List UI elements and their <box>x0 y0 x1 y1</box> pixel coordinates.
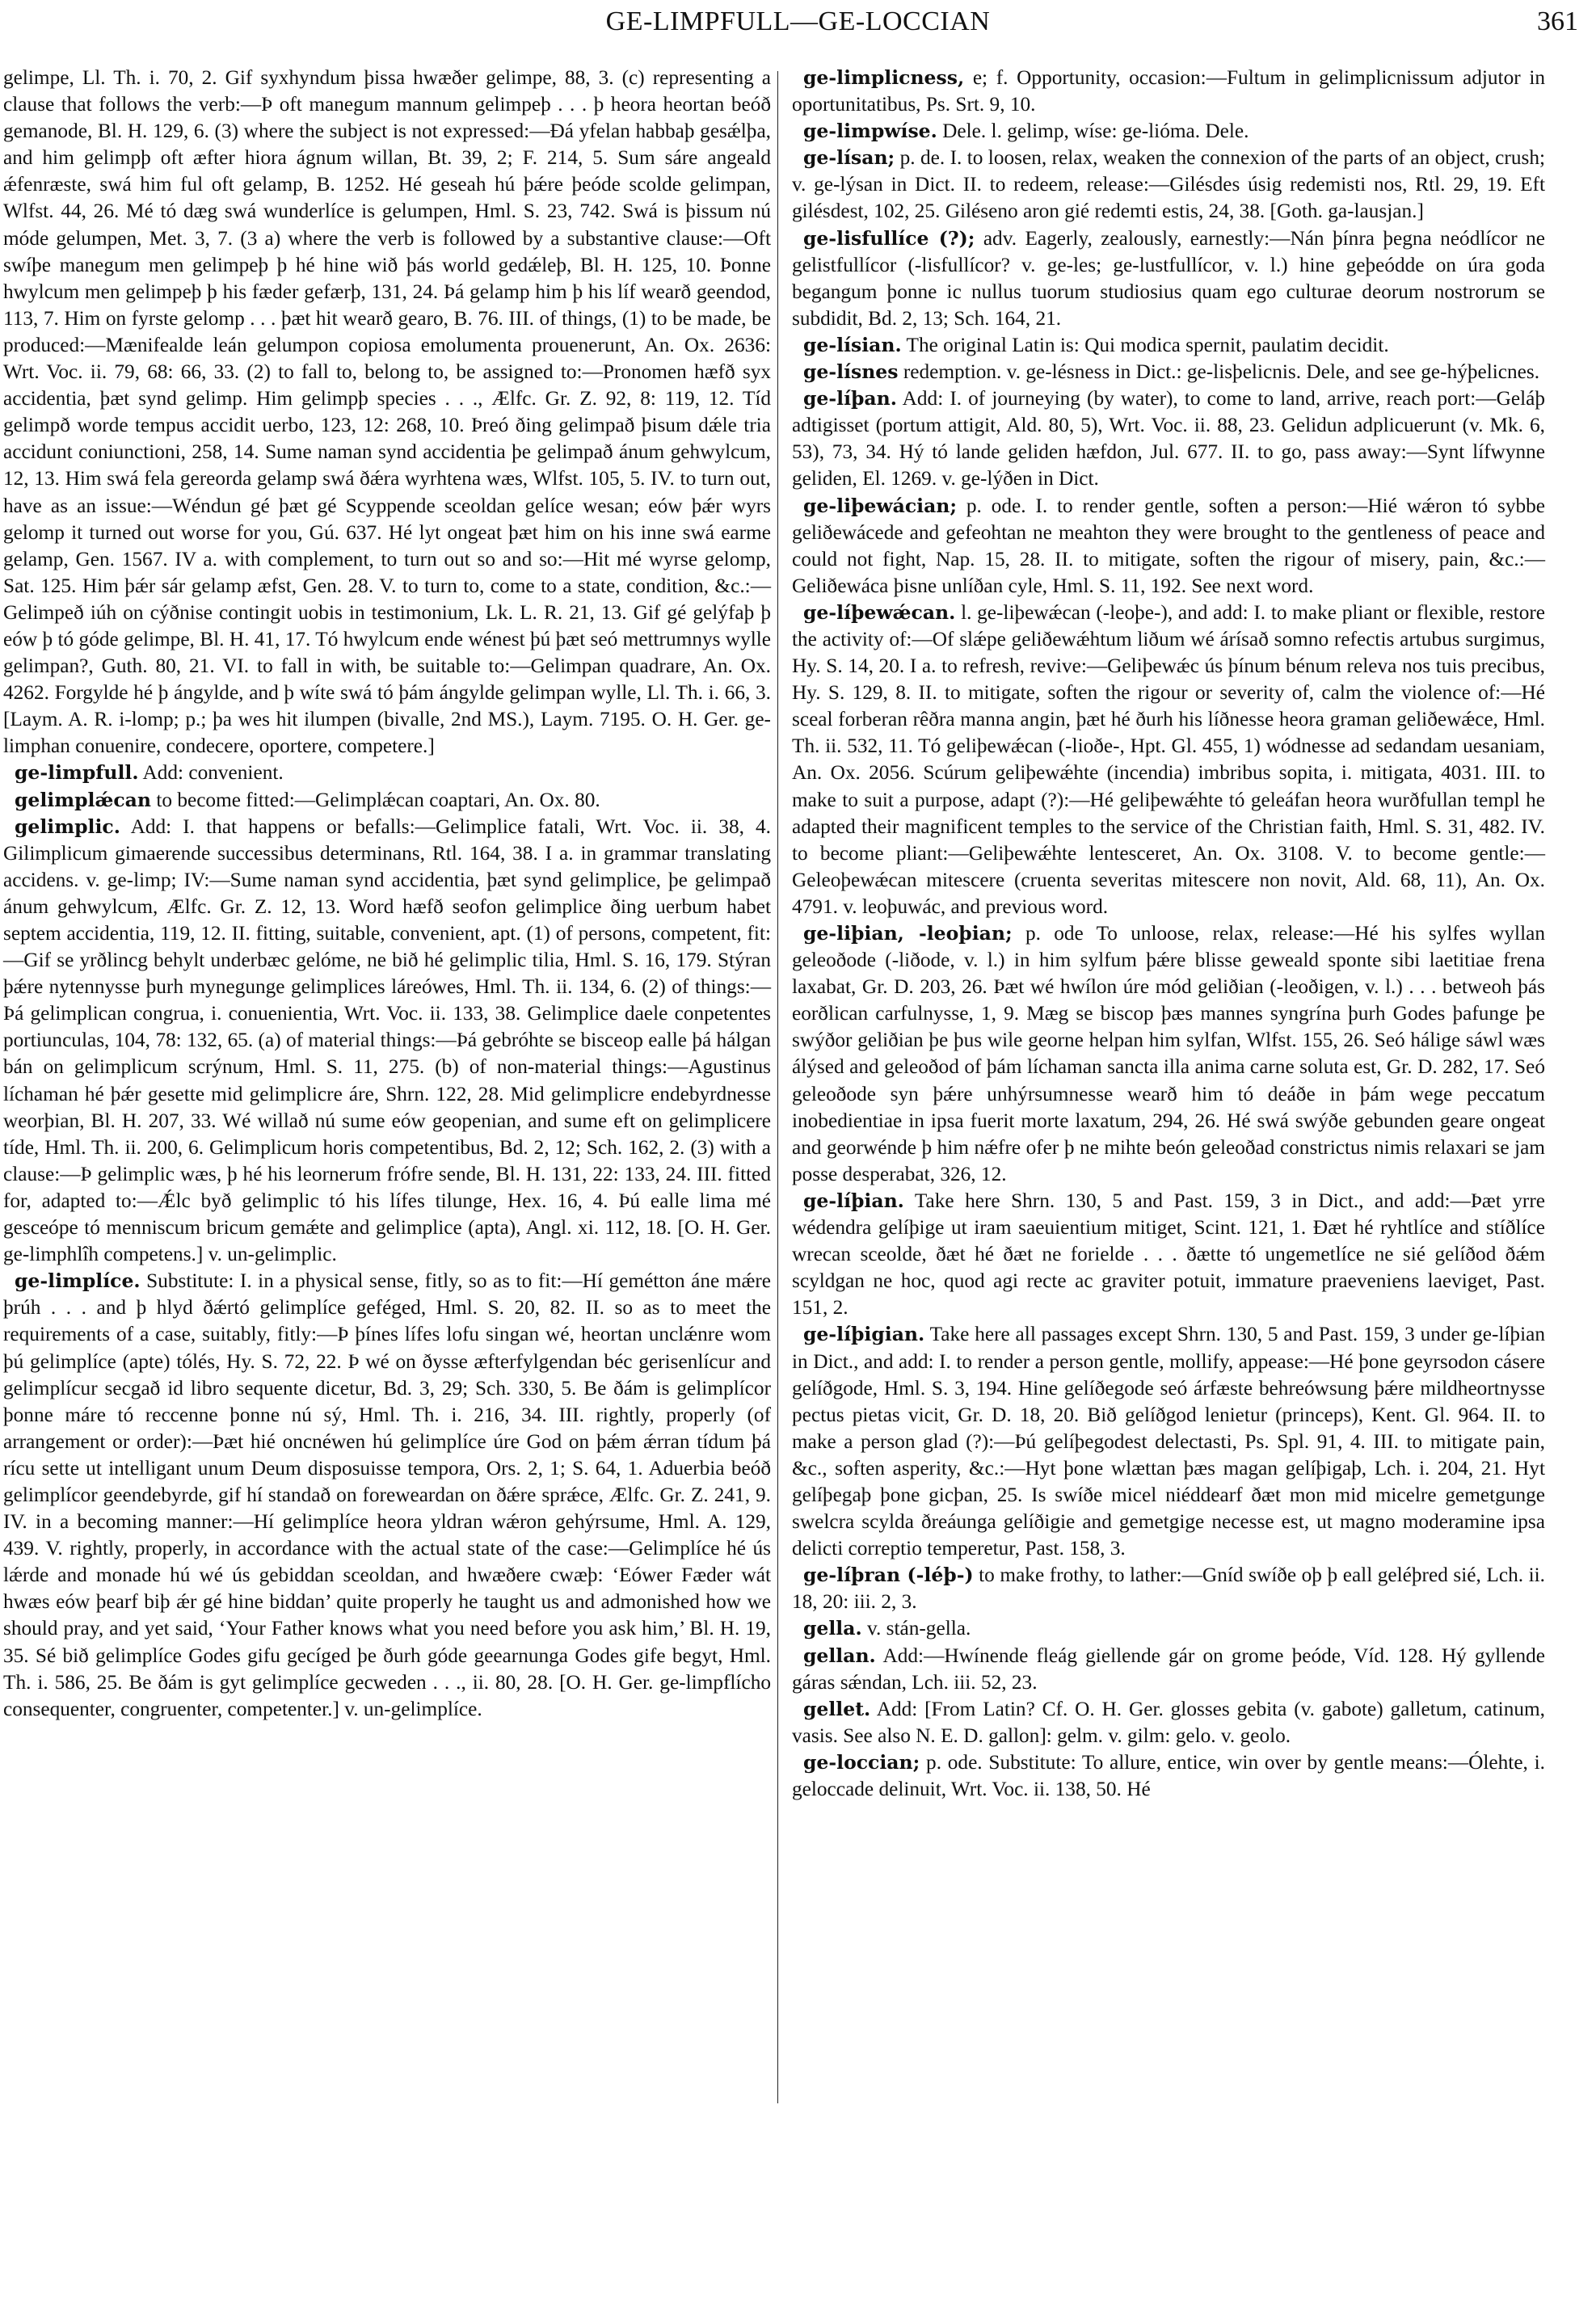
entry-text: Add:—Hwínende fleág giellende gár on gro… <box>792 1644 1545 1694</box>
entry-text: Dele. l. gelimp, wíse: ge-lióma. Dele. <box>942 120 1249 142</box>
headword: gellet. <box>803 1698 870 1720</box>
headword: ge-lisfullíce (?); <box>803 227 975 250</box>
headword: ge-líþran (-léþ-) <box>803 1564 974 1586</box>
headword: ge-lísnes <box>803 360 899 383</box>
headword: gelimplǽcan <box>15 789 151 811</box>
entry-gella: gella. v. stán-gella. <box>792 1615 1545 1642</box>
entry-text: The original Latin is: Qui modica sperni… <box>907 334 1389 356</box>
right-column: ge-limplicness, e; f. Opportunity, occas… <box>792 65 1545 1803</box>
running-title: GE-LIMPFULL—GE-LOCCIAN <box>0 6 1596 37</box>
entry-ge-lipian-2: ge-líþian. Take here Shrn. 130, 5 and Pa… <box>792 1188 1545 1321</box>
headword: ge-limpwíse. <box>803 120 937 142</box>
headword: gella. <box>803 1617 862 1640</box>
headword: ge-líþan. <box>803 387 897 410</box>
entry-text: p. ode To unloose, relax, release:—Hé hi… <box>792 922 1545 1185</box>
headword: ge-líþigian. <box>803 1323 924 1345</box>
entry-text: Substitute: I. in a physical sense, fitl… <box>3 1269 771 1720</box>
entry-ge-lipan: ge-líþan. Add: I. of journeying (by wate… <box>792 385 1545 492</box>
entry-ge-limpfull: ge-limpfull. Add: convenient. <box>3 760 771 786</box>
headword: ge-líþian. <box>803 1189 904 1212</box>
headword: ge-loccian; <box>803 1751 920 1774</box>
running-head: GE-LIMPFULL—GE-LOCCIAN 361 <box>0 0 1596 57</box>
headword: ge-limpfull. <box>15 761 139 784</box>
entry-gelimplaecan: gelimplǽcan to become fitted:—Gelimplǽca… <box>3 787 771 814</box>
entry-ge-limplicness: ge-limplicness, e; f. Opportunity, occas… <box>792 65 1545 118</box>
entry-ge-lipewacian: ge-liþewácian; p. ode. I. to render gent… <box>792 493 1545 600</box>
entry-gellan: gellan. Add:—Hwínende fleág giellende gá… <box>792 1643 1545 1696</box>
entry-text: Add: I. of journeying (by water), to com… <box>792 387 1545 490</box>
entry-text: Add: [From Latin? Cf. O. H. Ger. glosses… <box>792 1698 1545 1747</box>
entry-continuation: gelimpe, Ll. Th. i. 70, 2. Gif syxhyndum… <box>3 65 771 760</box>
entry-ge-lisian: ge-lísian. The original Latin is: Qui mo… <box>792 332 1545 359</box>
column-divider <box>777 71 778 2103</box>
entry-text: gelimpe, Ll. Th. i. 70, 2. Gif syxhyndum… <box>3 66 771 757</box>
entry-ge-lipran: ge-líþran (-léþ-) to make frothy, to lat… <box>792 1562 1545 1615</box>
entry-ge-lisnes: ge-lísnes redemption. v. ge-lésness in D… <box>792 359 1545 385</box>
entry-ge-lisfullice: ge-lisfullíce (?); adv. Eagerly, zealous… <box>792 225 1545 332</box>
headword: ge-lísan; <box>803 146 895 169</box>
headword: ge-limplicness, <box>803 66 964 89</box>
entry-text: v. stán-gella. <box>867 1617 971 1640</box>
entry-text: l. ge-liþewǽcan (-leoþe-), and add: I. t… <box>792 601 1545 918</box>
headword: gelimplic. <box>15 815 120 838</box>
entry-ge-loccian: ge-loccian; p. ode. Substitute: To allur… <box>792 1749 1545 1803</box>
entry-text: to become fitted:—Gelimplǽcan coaptari, … <box>156 789 600 811</box>
headword: ge-liþian, -leoþian; <box>803 922 1013 945</box>
entry-gellet: gellet. Add: [From Latin? Cf. O. H. Ger.… <box>792 1696 1545 1749</box>
entry-text: Take here all passages except Shrn. 130,… <box>792 1323 1545 1560</box>
entry-text: p. de. I. to loosen, relax, weaken the c… <box>792 146 1545 222</box>
entry-text: Take here Shrn. 130, 5 and Past. 159, 3 … <box>792 1189 1545 1319</box>
headword: ge-liþewácian; <box>803 495 957 517</box>
headword: ge-limplíce. <box>15 1269 141 1292</box>
entry-text: redemption. v. ge-lésness in Dict.: ge-l… <box>903 360 1539 383</box>
headword: gellan. <box>803 1644 876 1667</box>
entry-ge-lipewaecan: ge-líþewǽcan. l. ge-liþewǽcan (-leoþe-),… <box>792 600 1545 920</box>
headword: ge-lísian. <box>803 334 902 356</box>
left-column: gelimpe, Ll. Th. i. 70, 2. Gif syxhyndum… <box>3 65 771 1723</box>
entry-ge-limpwise: ge-limpwíse. Dele. l. gelimp, wíse: ge-l… <box>792 118 1545 145</box>
entry-ge-lisan: ge-lísan; p. de. I. to loosen, relax, we… <box>792 145 1545 225</box>
page-number: 361 <box>1537 6 1578 37</box>
headword: ge-líþewǽcan. <box>803 601 955 624</box>
entry-text: Add: I. that happens or befalls:—Gelimpl… <box>3 815 771 1266</box>
entry-ge-lipian: ge-liþian, -leoþian; p. ode To unloose, … <box>792 920 1545 1188</box>
entry-gelimplic: gelimplic. Add: I. that happens or befal… <box>3 814 771 1269</box>
entry-text: Add: convenient. <box>142 761 283 784</box>
entry-ge-limplice: ge-limplíce. Substitute: I. in a physica… <box>3 1268 771 1723</box>
entry-ge-lipigian: ge-líþigian. Take here all passages exce… <box>792 1321 1545 1562</box>
